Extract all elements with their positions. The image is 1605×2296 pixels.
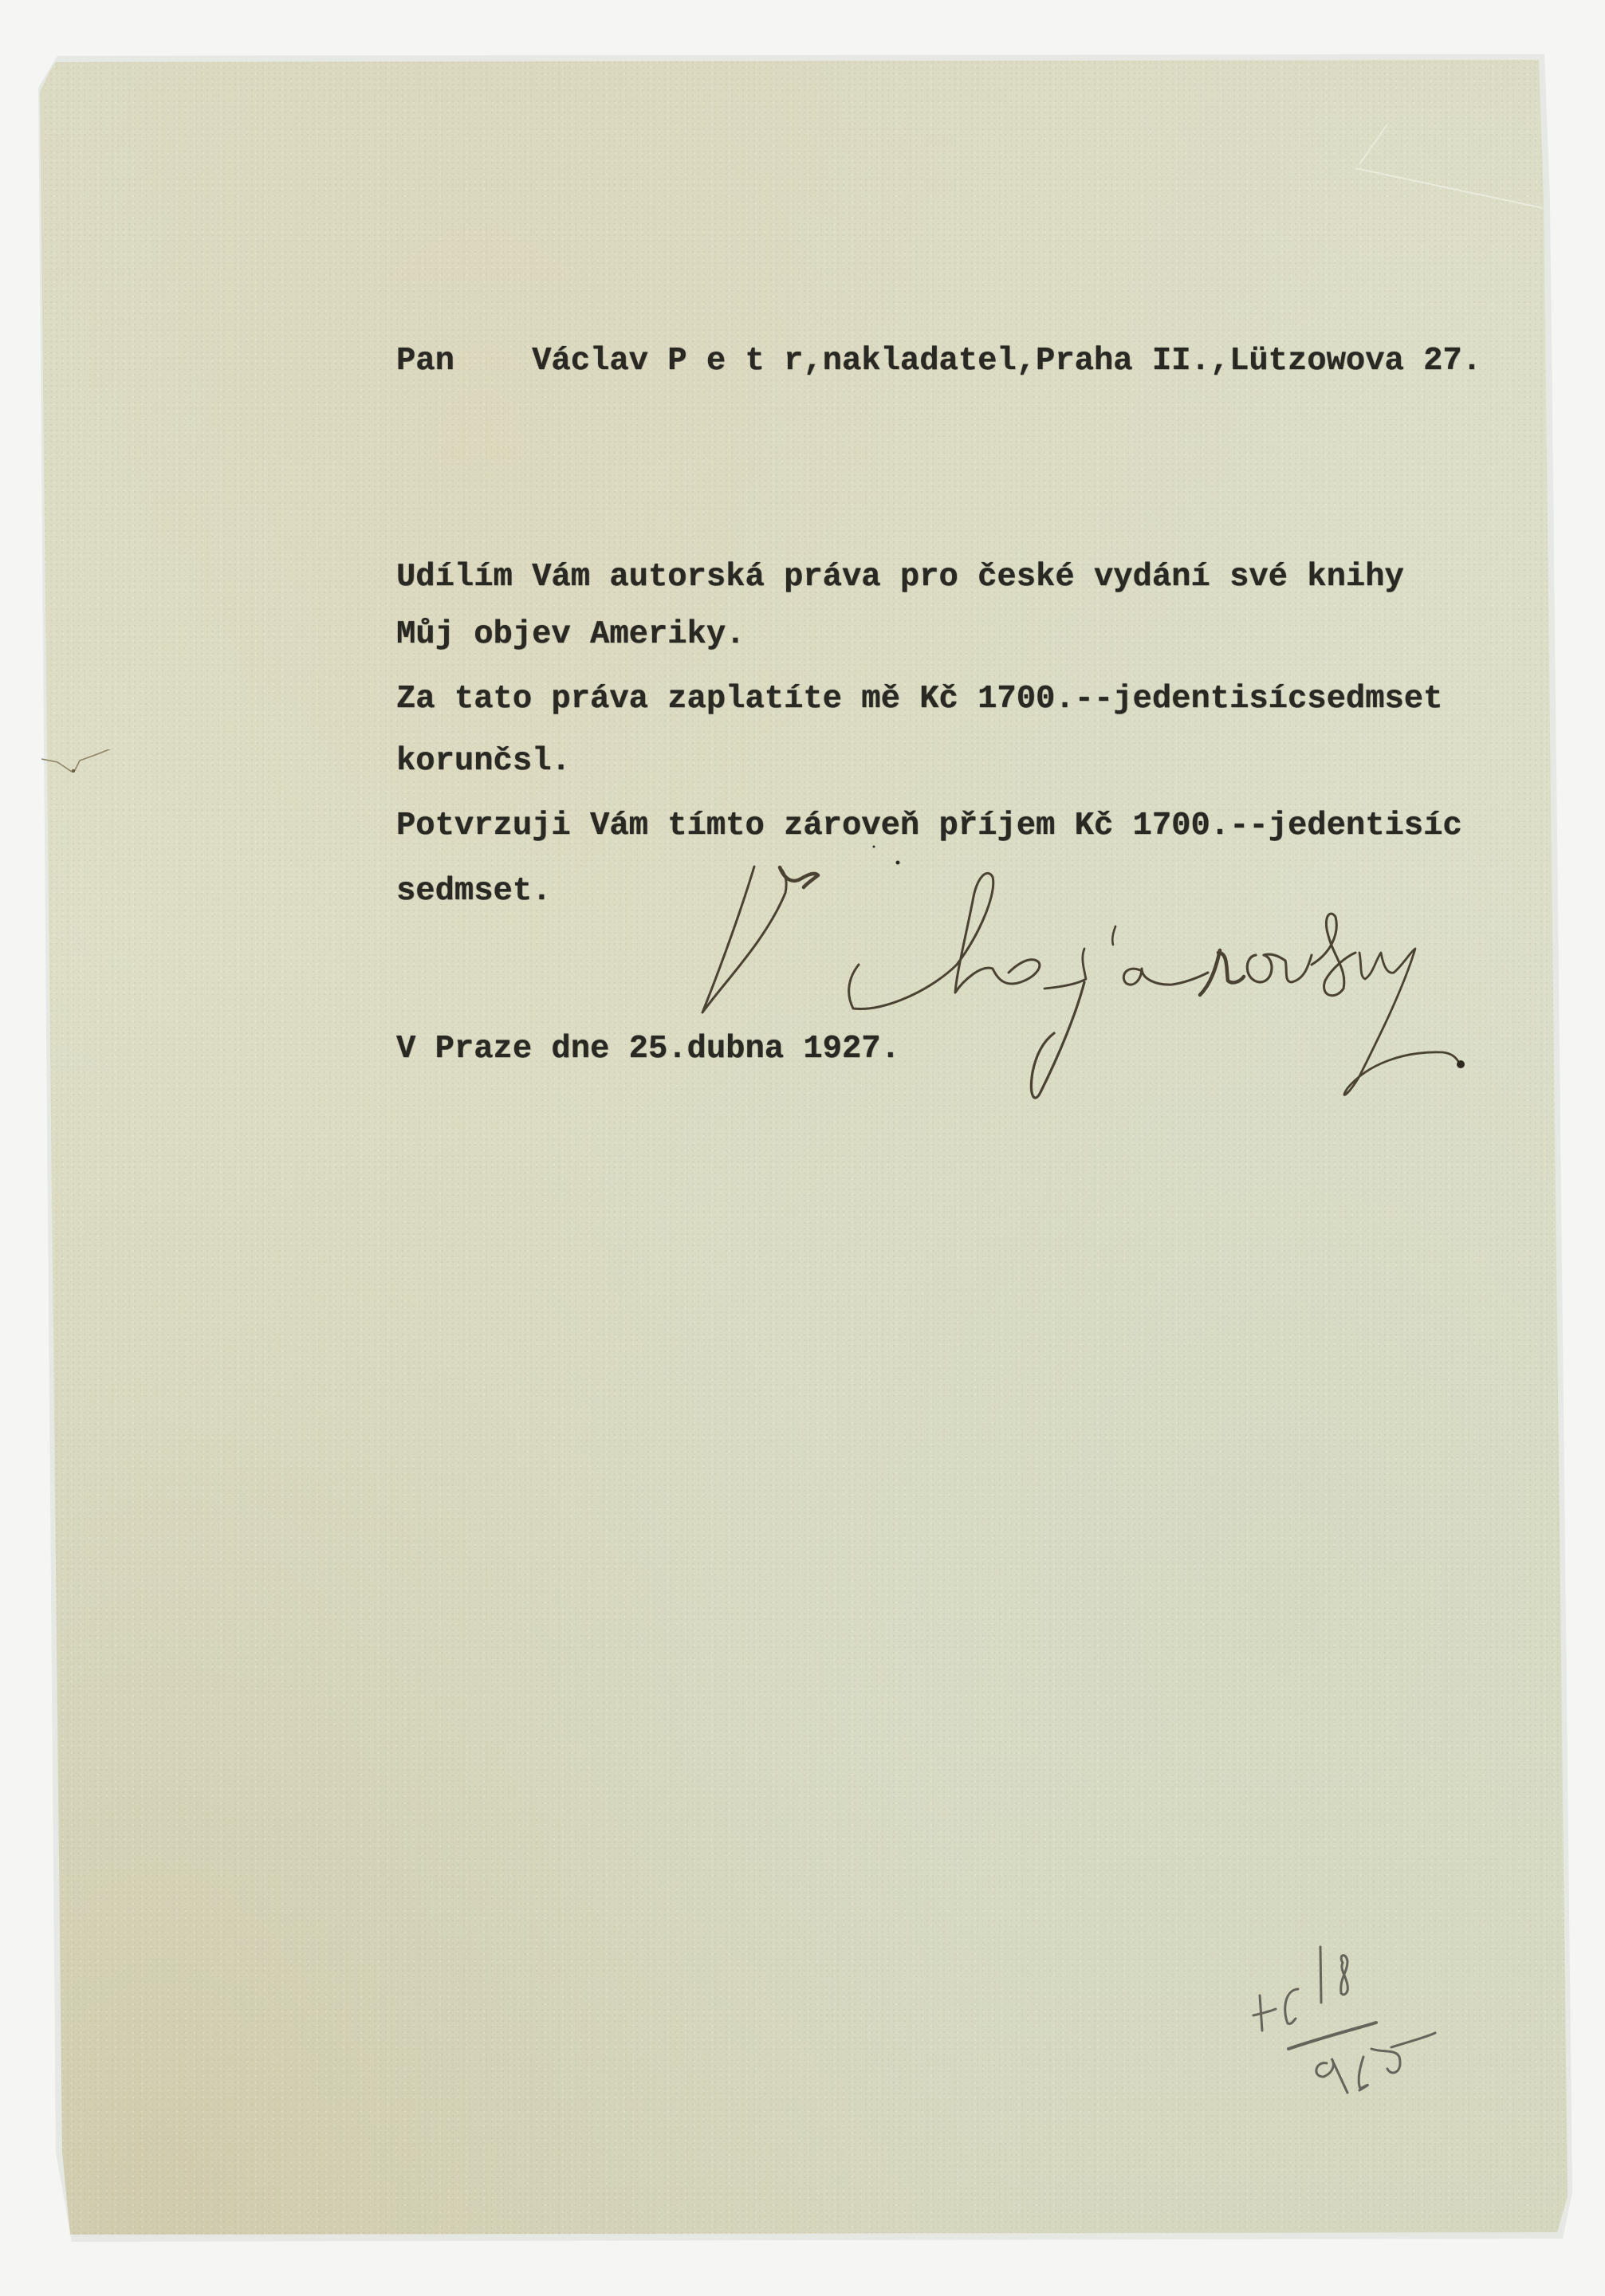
- signature-text: V. Majakovskij: [694, 857, 694, 858]
- body-line-6: sedmset.: [396, 875, 551, 908]
- paper-tear-mark: [41, 749, 121, 781]
- addressee-line: Pan Václav P e t r,nakladatel,Praha II.,…: [396, 345, 1481, 378]
- pencil-archival-note: HC 18 950: [1244, 1945, 1443, 2113]
- body-line-3: Za tato práva zaplatíte mě Kč 1700.--jed…: [396, 683, 1442, 716]
- body-line-4: korunčsl.: [396, 745, 571, 778]
- body-line-5: Potvrzuji Vám tímto zároveň příjem Kč 17…: [396, 810, 1462, 843]
- pencil-note-numerator: HC 18: [1244, 1945, 1245, 1946]
- signature: V. Majakovskij: [694, 857, 1475, 1104]
- pencil-note-denominator: 950: [1244, 1945, 1245, 1946]
- body-line-1: Udílím Vám autorská práva pro české vydá…: [396, 561, 1404, 594]
- body-line-2: Můj objev Ameriky.: [396, 619, 745, 651]
